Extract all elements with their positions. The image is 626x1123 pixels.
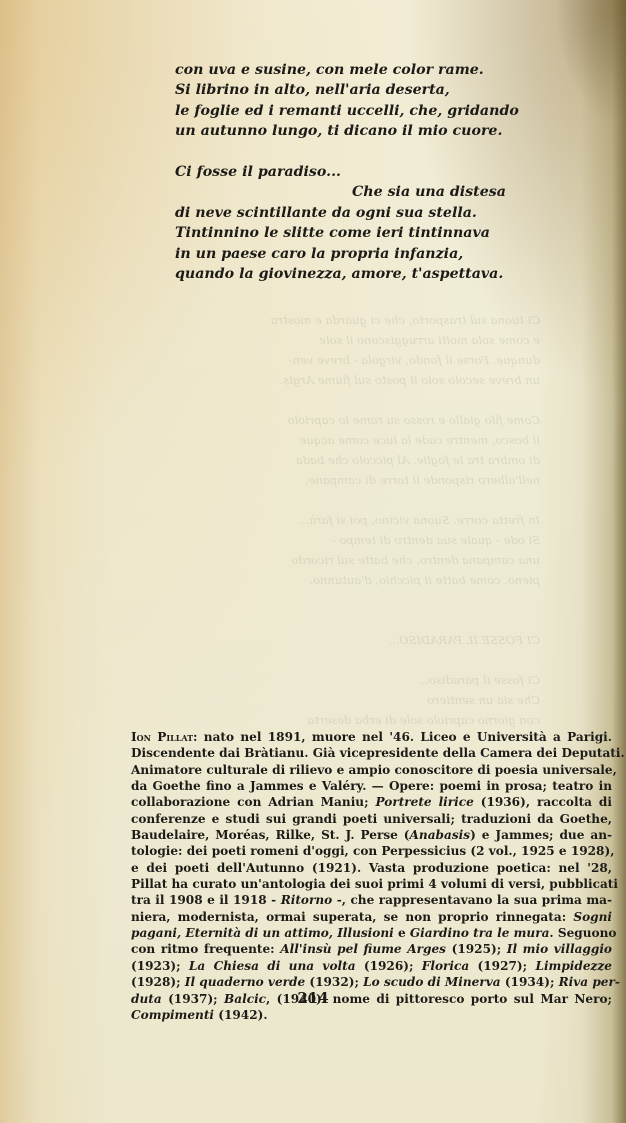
show-through-line: pieno, come batte il picchio, d'autunno. (180, 570, 540, 590)
poem-line-indented: Che sia una distesa (175, 182, 535, 202)
text-run: conferenze e studi sui grandi poeti univ… (131, 812, 612, 826)
show-through-line: e come sola molti arruggiscono il sole (180, 330, 540, 350)
poem-line: in un paese caro la propria infanzia, (175, 244, 535, 264)
work-title: Lo scudo di Minerva (363, 975, 500, 989)
text-run: (1932); (305, 975, 363, 989)
biography-line: Discendente dai Bràtianu. Già vicepresid… (131, 745, 612, 761)
show-through-text: Ci tuona sul trasporto, che ci guarda e … (180, 310, 540, 730)
biography-line: niera, modernista, ormai superata, se no… (131, 909, 612, 925)
biography-line: collaborazione con Adrian Maniu; Portret… (131, 794, 612, 810)
text-run: . Seguono (549, 926, 616, 940)
biography-line: Baudelaire, Moréas, Rilke, St. J. Perse … (131, 827, 612, 843)
biography-line: pagani, Eternità di un attimo, Illusioni… (131, 925, 612, 941)
show-through-line: CI FOSSE IL PARADISO... (180, 630, 540, 650)
text-run: : nato nel 1891, muore nel '46. Liceo e … (193, 730, 612, 744)
text-run: da Goethe fino a Jammes e Valéry. — Oper… (131, 779, 612, 793)
poem-line: un autunno lungo, ti dicano il mio cuore… (175, 121, 535, 141)
show-through-line: una campana dentro, che batte sul ricord… (180, 550, 540, 570)
show-through-line: con giorno capriolo sole di erba deserta (180, 710, 540, 730)
work-title: Compimenti (131, 1008, 214, 1022)
biography-line: da Goethe fino a Jammes e Valéry. — Oper… (131, 778, 612, 794)
work-title: Giardino tra le mura (410, 926, 550, 940)
show-through-line (180, 390, 540, 410)
poem: con uva e susine, con mele color rame. S… (175, 60, 535, 305)
work-title: Florica (422, 959, 469, 973)
text-run: (1936), raccolta di (474, 795, 612, 809)
biography-line: (1923); La Chiesa di una volta (1926); F… (131, 958, 612, 974)
text-run: (1927); (469, 959, 535, 973)
work-title: Riva per- (559, 975, 620, 989)
biography-line: e dei poeti dell'Autunno (1921). Vasta p… (131, 860, 612, 876)
poem-line: Tintinnino le slitte come ieri tintinnav… (175, 223, 535, 243)
show-through-line: In fretta corre. Suona vicino, poi si fa… (180, 510, 540, 530)
biography-line: tologie: dei poeti romeni d'oggi, con Pe… (131, 843, 612, 859)
poem-line: le foglie ed i remanti uccelli, che, gri… (175, 101, 535, 121)
work-title: Il mio villaggio (507, 942, 612, 956)
work-title: Il quaderno verde (185, 975, 305, 989)
show-through-line: Si ode - quale sua dentro di tempo - (180, 530, 540, 550)
author-biography-note: Ion Pillat: nato nel 1891, muore nel '46… (131, 729, 612, 1023)
work-title: La Chiesa di una volta (189, 959, 356, 973)
work-title: Portrete lirice (375, 795, 473, 809)
poem-line: Ci fosse il paradiso... (175, 162, 535, 182)
text-run: Animatore culturale di rilievo e ampio c… (131, 763, 617, 777)
work-title: Sogni (573, 910, 612, 924)
show-through-line: Che sia un sentiero (180, 690, 540, 710)
show-through-line: dunque. Forse il fondo, virgola - breve … (180, 350, 540, 370)
work-title: pagani, Eternità di un attimo, Illusioni (131, 926, 394, 940)
show-through-line: un breve secolo solo il posto sul fiume … (180, 370, 540, 390)
show-through-line: il bosco, mentre cade la luce come acque (180, 430, 540, 450)
work-title: Limpidezze (535, 959, 612, 973)
poem-line: quando la giovinezza, amore, t'aspettava… (175, 264, 535, 284)
text-run: (1934); (501, 975, 559, 989)
show-through-line: di ombra tra le foglie. Al piccolo che b… (180, 450, 540, 470)
text-run: (1942). (214, 1008, 268, 1022)
text-run: (1925); (446, 942, 507, 956)
biography-line: Ion Pillat: nato nel 1891, muore nel '46… (131, 729, 612, 745)
biography-line: conferenze e studi sui grandi poeti univ… (131, 811, 612, 827)
text-run: ) e Jammes; due an- (470, 828, 612, 842)
poem-stanza-1: con uva e susine, con mele color rame. S… (175, 60, 535, 142)
page-number: 214 (0, 989, 626, 1007)
text-run: Pillat ha curato un'antologia dei suoi p… (131, 877, 618, 891)
book-page: Ci tuona sul trasporto, che ci guarda e … (0, 0, 626, 1123)
work-title: Anabasis (410, 828, 471, 842)
show-through-line: Ci fosse il paradiso... (180, 670, 540, 690)
show-through-line (180, 610, 540, 630)
work-title: All'insù pel fiume Arges (280, 942, 446, 956)
text-run: Baudelaire, Moréas, Rilke, St. J. Perse … (131, 828, 410, 842)
show-through-line (180, 650, 540, 670)
show-through-line: Ci tuona sul trasporto, che ci guarda e … (180, 310, 540, 330)
show-through-line: nell'albero risponde il torre di campane… (180, 470, 540, 490)
poem-line: Si librino in alto, nell'aria deserta, (175, 80, 535, 100)
text-run: e (394, 926, 410, 940)
biography-line: tra il 1908 e il 1918 - Ritorno -, che r… (131, 892, 612, 908)
text-run: (1928); (131, 975, 185, 989)
show-through-line (180, 590, 540, 610)
show-through-line (180, 490, 540, 510)
text-run: (1926); (356, 959, 422, 973)
text-run: Discendente dai Bràtianu. Già vicepresid… (131, 746, 625, 760)
biography-line: Compimenti (1942). (131, 1007, 612, 1023)
text-run: tra il 1908 e il 1918 - (131, 893, 281, 907)
text-run: -, che rappresentavano la sua prima ma- (332, 893, 612, 907)
author-name: Ion Pillat (131, 730, 193, 744)
biography-line: Animatore culturale di rilievo e ampio c… (131, 762, 612, 778)
poem-line: con uva e susine, con mele color rame. (175, 60, 535, 80)
text-run: collaborazione con Adrian Maniu; (131, 795, 375, 809)
text-run: niera, modernista, ormai superata, se no… (131, 910, 573, 924)
poem-line: di neve scintillante da ogni sua stella. (175, 203, 535, 223)
work-title: Ritorno (281, 893, 333, 907)
show-through-line: Come filo giallo e rosso su rame lo capr… (180, 410, 540, 430)
text-run: e dei poeti dell'Autunno (1921). Vasta p… (131, 861, 612, 875)
biography-line: con ritmo frequente: All'insù pel fiume … (131, 941, 612, 957)
poem-stanza-2: Ci fosse il paradiso... Che sia una dist… (175, 162, 535, 284)
text-run: (1923); (131, 959, 189, 973)
text-run: con ritmo frequente: (131, 942, 280, 956)
biography-line: Pillat ha curato un'antologia dei suoi p… (131, 876, 612, 892)
text-run: tologie: dei poeti romeni d'oggi, con Pe… (131, 844, 614, 858)
